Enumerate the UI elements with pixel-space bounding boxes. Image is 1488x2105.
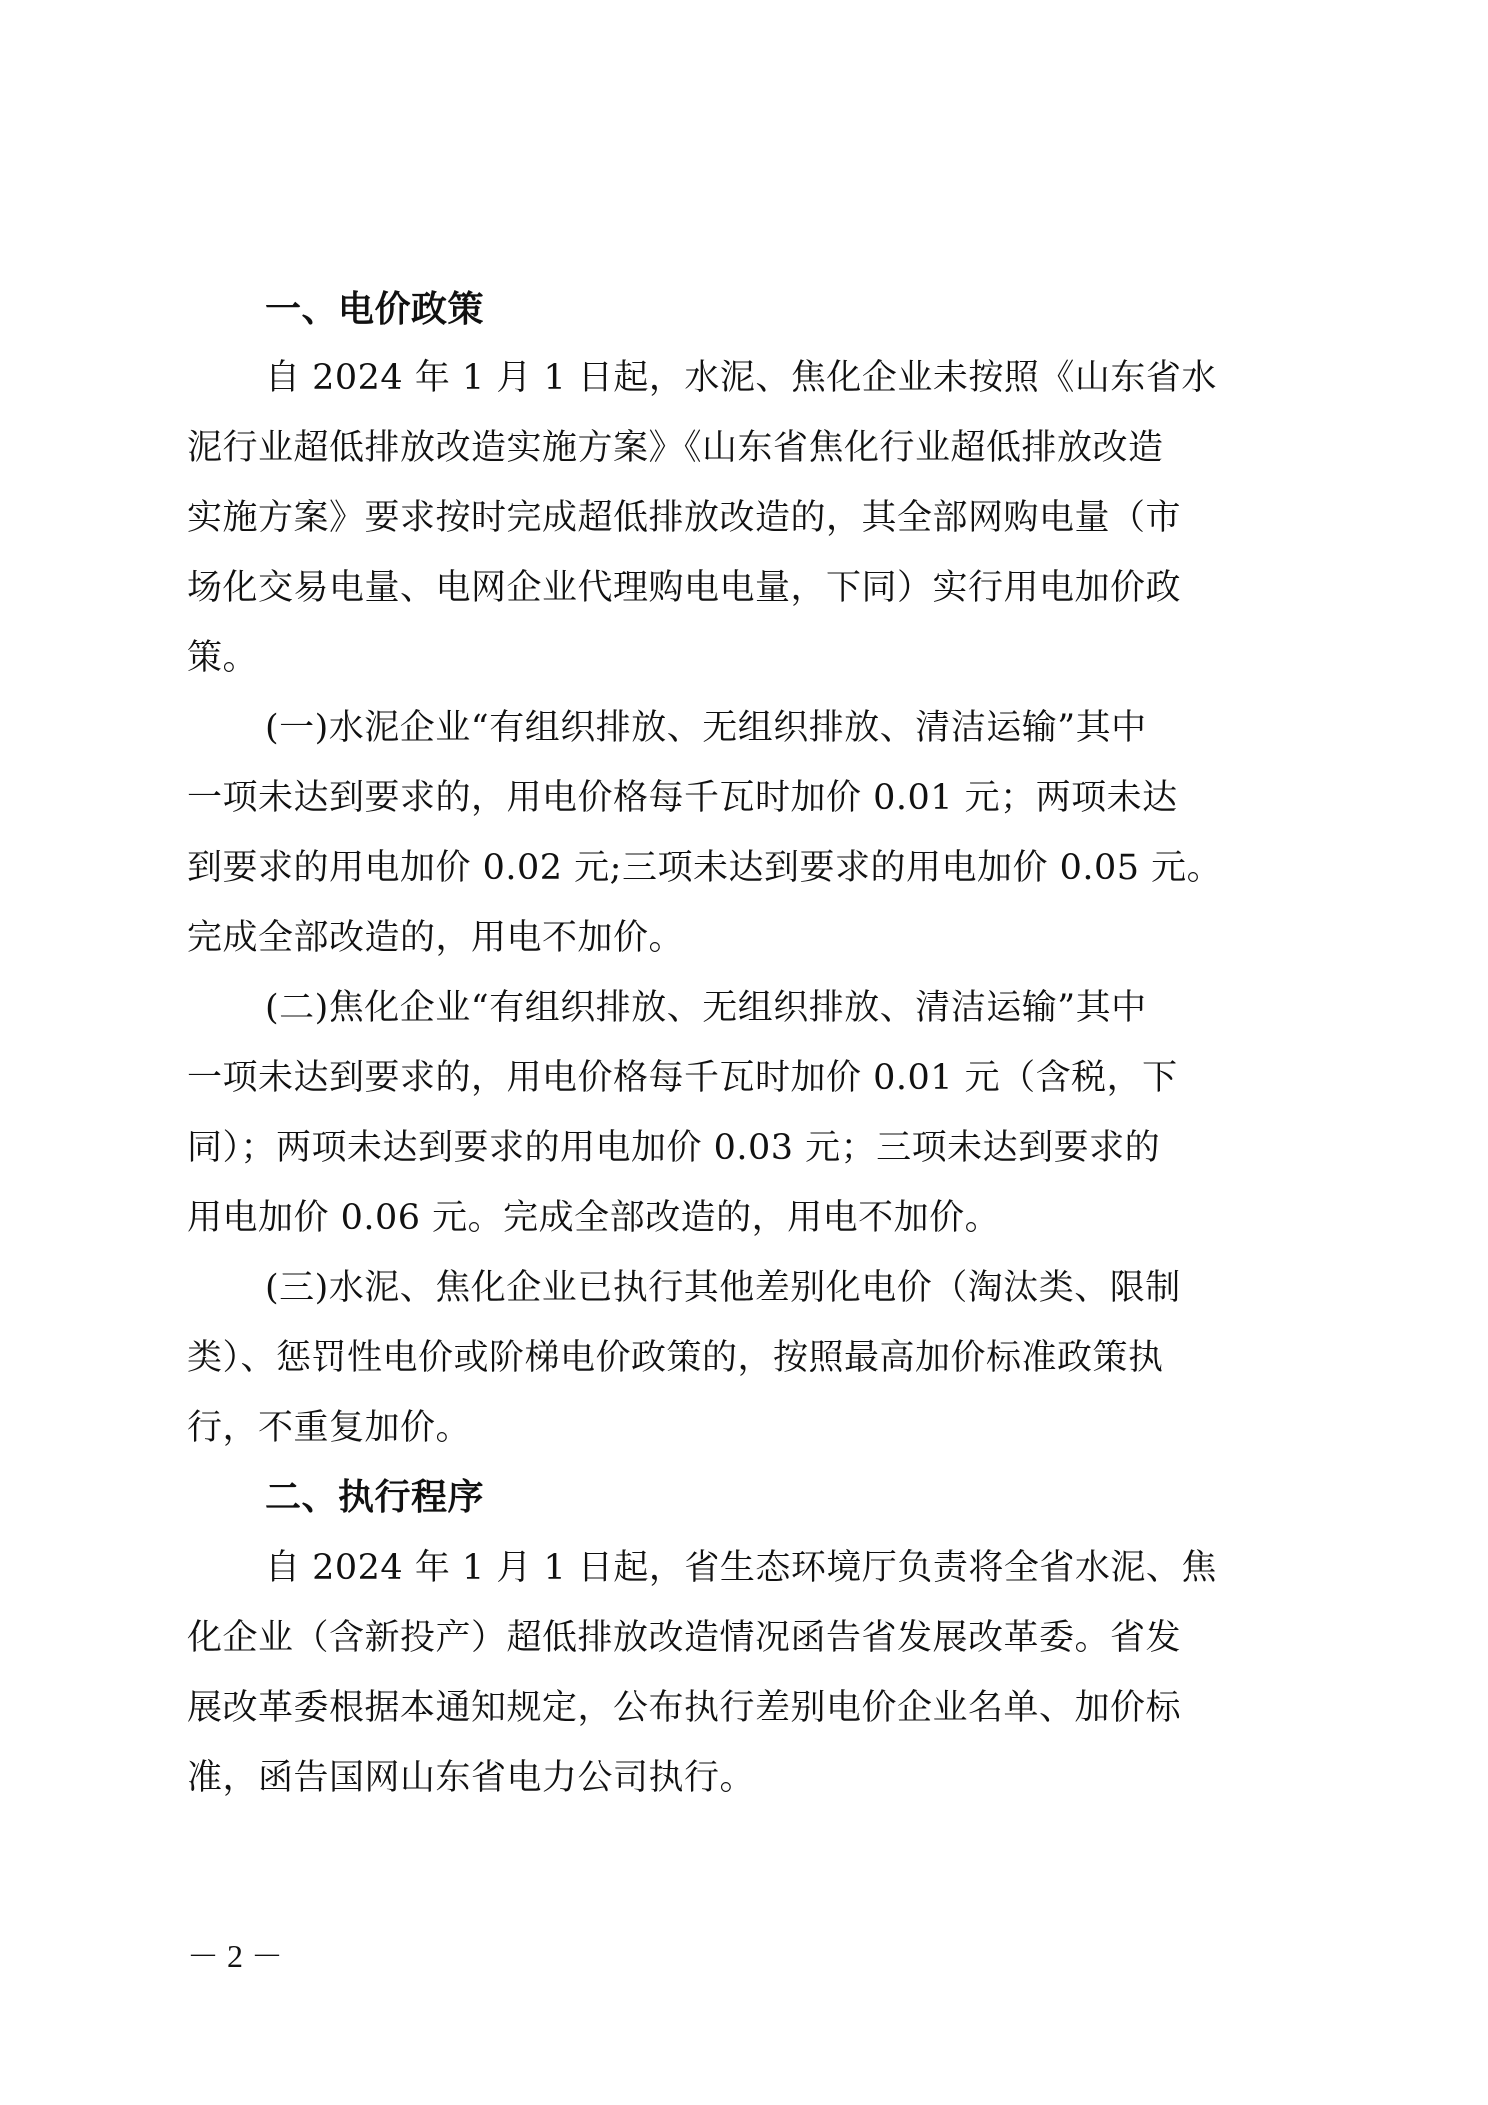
section-heading-electricity-price-policy: 一、电价政策 xyxy=(265,280,1299,340)
clause-2-line: 用电加价 0.06 元。完成全部改造的，用电不加价。 xyxy=(187,1188,1299,1248)
section-heading-execution-procedure: 二、执行程序 xyxy=(265,1468,1299,1528)
clause-3-line: 类）、惩罚性电价或阶梯电价政策的，按照最高加价标准政策执 xyxy=(187,1328,1299,1388)
page-number: － 2 － xyxy=(187,1936,283,1976)
paragraph-line: 场化交易电量、电网企业代理购电电量，下同）实行用电加价政 xyxy=(187,558,1299,618)
clause-2-line: 一项未达到要求的，用电价格每千瓦时加价 0.01 元（含税，下 xyxy=(187,1048,1299,1108)
paragraph-line: 实施方案》要求按时完成超低排放改造的，其全部网购电量（市 xyxy=(187,488,1299,548)
clause-1-line: 一项未达到要求的，用电价格每千瓦时加价 0.01 元；两项未达 xyxy=(187,768,1299,828)
clause-2-line: (二)焦化企业“有组织排放、无组织排放、清洁运输”其中 xyxy=(265,978,1299,1038)
clause-1-line: (一)水泥企业“有组织排放、无组织排放、清洁运输”其中 xyxy=(265,698,1299,758)
clause-1-line: 到要求的用电加价 0.02 元;三项未达到要求的用电加价 0.05 元。 xyxy=(187,838,1299,898)
paragraph-line: 自 2024 年 1 月 1 日起，水泥、焦化企业未按照《山东省水 xyxy=(265,348,1299,408)
paragraph-line: 泥行业超低排放改造实施方案》《山东省焦化行业超低排放改造 xyxy=(187,418,1299,478)
clause-3-line: 行，不重复加价。 xyxy=(187,1398,1299,1458)
paragraph-line: 自 2024 年 1 月 1 日起，省生态环境厅负责将全省水泥、焦 xyxy=(265,1538,1299,1598)
paragraph-line: 准，函告国网山东省电力公司执行。 xyxy=(187,1748,1299,1808)
paragraph-line: 化企业（含新投产）超低排放改造情况函告省发展改革委。省发 xyxy=(187,1608,1299,1668)
clause-3-line: (三)水泥、焦化企业已执行其他差别化电价（淘汰类、限制 xyxy=(265,1258,1299,1318)
paragraph-line: 展改革委根据本通知规定，公布执行差别电价企业名单、加价标 xyxy=(187,1678,1299,1738)
paragraph-line: 策。 xyxy=(187,628,1299,688)
clause-1-line: 完成全部改造的，用电不加价。 xyxy=(187,908,1299,968)
clause-2-line: 同）；两项未达到要求的用电加价 0.03 元；三项未达到要求的 xyxy=(187,1118,1299,1178)
